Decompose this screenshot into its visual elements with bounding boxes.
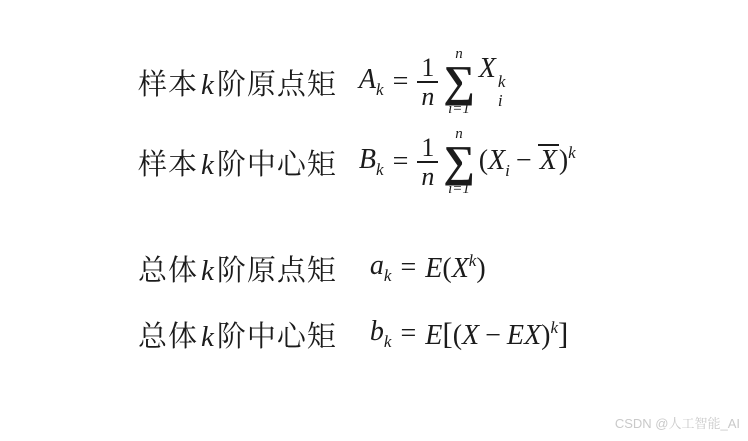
row-label: 总体k阶中心矩 bbox=[138, 314, 337, 355]
formula-row-population-raw-moment: 总体k阶原点矩 ak = E(Xk) bbox=[138, 246, 486, 290]
row-label: 样本k阶原点矩 bbox=[138, 62, 337, 103]
lhs-base: A bbox=[359, 64, 376, 95]
equals-sign: = bbox=[400, 318, 416, 350]
lhs-symbol: ak bbox=[370, 250, 392, 286]
expectation-E: E bbox=[425, 253, 442, 284]
xi-subscript: i bbox=[505, 161, 510, 180]
term-subscript: i bbox=[498, 91, 503, 111]
label-var-k: k bbox=[198, 149, 217, 181]
fraction-denominator: n bbox=[417, 81, 438, 110]
equals-sign: = bbox=[400, 252, 416, 284]
lhs-subscript: k bbox=[384, 266, 392, 285]
open-paren: ( bbox=[442, 253, 451, 284]
EX-term: EX bbox=[507, 320, 541, 351]
open-bracket: [ bbox=[442, 316, 452, 351]
lhs-symbol: bk bbox=[370, 316, 392, 352]
lhs-subscript: k bbox=[376, 160, 384, 179]
x-bar: X bbox=[538, 144, 559, 175]
sigma-icon: ∑ bbox=[443, 63, 474, 101]
label-pre: 总体 bbox=[138, 321, 198, 353]
minus-sign: − bbox=[516, 145, 532, 176]
fraction-denominator: n bbox=[417, 161, 438, 190]
fraction-numerator: 1 bbox=[418, 54, 437, 81]
formula-row-sample-raw-moment: 样本k阶原点矩 Ak = 1 n n ∑ i=1 Xki bbox=[138, 44, 505, 120]
label-post: 阶中心矩 bbox=[217, 321, 337, 353]
lhs-base: b bbox=[370, 316, 384, 347]
equals-sign: = bbox=[393, 146, 409, 178]
label-pre: 样本 bbox=[138, 69, 198, 101]
power-k: k bbox=[568, 143, 576, 162]
close-bracket: ] bbox=[558, 316, 568, 351]
fraction-numerator: 1 bbox=[418, 134, 437, 161]
lhs-symbol: Bk bbox=[359, 144, 384, 180]
xi-base: X bbox=[488, 145, 505, 176]
sum-lower-limit: i=1 bbox=[448, 101, 470, 118]
close-paren: ) bbox=[476, 253, 485, 284]
lhs-base: a bbox=[370, 250, 384, 281]
expectation-E: E bbox=[425, 320, 442, 351]
summation: n ∑ i=1 bbox=[443, 126, 474, 197]
row-label: 总体k阶原点矩 bbox=[138, 248, 337, 289]
lhs-symbol: Ak bbox=[359, 64, 384, 100]
summand-term: (Xi−X)k bbox=[479, 143, 576, 181]
label-post: 阶原点矩 bbox=[217, 69, 337, 101]
open-paren: ( bbox=[479, 145, 488, 176]
row-label: 样本k阶中心矩 bbox=[138, 142, 337, 183]
summand-term: Xki bbox=[479, 53, 506, 111]
term-sup-sub: ki bbox=[498, 72, 506, 111]
x-base: X bbox=[462, 320, 479, 351]
x-bar-base: X bbox=[540, 145, 557, 176]
power-k: k bbox=[550, 318, 558, 337]
label-post: 阶原点矩 bbox=[217, 255, 337, 287]
csdn-watermark: CSDN @人工智能_AI bbox=[615, 413, 740, 432]
expectation-term: E(Xk) bbox=[425, 251, 485, 285]
label-var-k: k bbox=[198, 255, 217, 287]
label-pre: 总体 bbox=[138, 255, 198, 287]
lhs-subscript: k bbox=[376, 80, 384, 99]
label-post: 阶中心矩 bbox=[217, 149, 337, 181]
summation: n ∑ i=1 bbox=[443, 46, 474, 117]
minus-sign: − bbox=[485, 320, 501, 351]
equation-bk: bk = E[(X−EX)k] bbox=[370, 316, 568, 352]
x-base: X bbox=[452, 253, 469, 284]
lhs-base: B bbox=[359, 144, 376, 175]
close-paren: ) bbox=[559, 145, 568, 176]
sum-lower-limit: i=1 bbox=[448, 181, 470, 198]
fraction-one-over-n: 1 n bbox=[417, 134, 438, 191]
equation-ak: ak = E(Xk) bbox=[370, 250, 486, 286]
term-base: X bbox=[479, 53, 496, 84]
label-var-k: k bbox=[198, 321, 217, 353]
label-var-k: k bbox=[198, 69, 217, 101]
fraction-one-over-n: 1 n bbox=[417, 54, 438, 111]
formula-row-population-central-moment: 总体k阶中心矩 bk = E[(X−EX)k] bbox=[138, 311, 568, 357]
term-superscript: k bbox=[498, 72, 506, 92]
label-pre: 样本 bbox=[138, 149, 198, 181]
lhs-subscript: k bbox=[384, 332, 392, 351]
sigma-icon: ∑ bbox=[443, 143, 474, 181]
expectation-term: E[(X−EX)k] bbox=[425, 316, 568, 352]
open-paren: ( bbox=[453, 320, 462, 351]
formula-row-sample-central-moment: 样本k阶中心矩 Bk = 1 n n ∑ i=1 (Xi−X)k bbox=[138, 125, 576, 199]
equation-Bk: Bk = 1 n n ∑ i=1 (Xi−X)k bbox=[359, 126, 576, 197]
equation-Ak: Ak = 1 n n ∑ i=1 Xki bbox=[359, 46, 505, 117]
page-canvas: 样本k阶原点矩 Ak = 1 n n ∑ i=1 Xki 样本k阶中心矩 Bk … bbox=[0, 0, 748, 441]
equals-sign: = bbox=[393, 66, 409, 98]
